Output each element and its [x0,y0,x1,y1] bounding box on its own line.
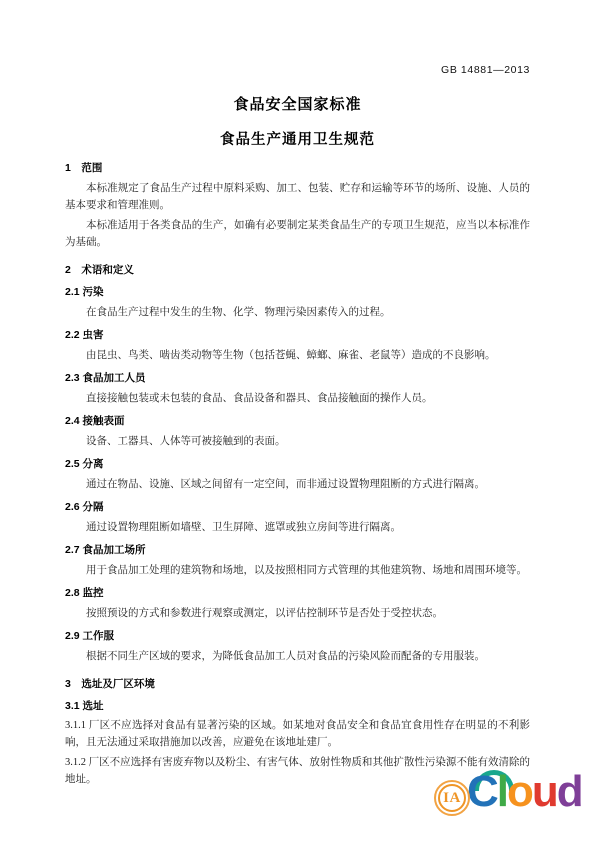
paragraph: 本标准规定了食品生产过程中原料采购、加工、包装、贮存和运输等环节的场所、设施、人… [65,180,530,214]
section-heading: 2.7 食品加工场所 [65,543,530,558]
paragraph: 设备、工器具、人体等可被接触到的表面。 [65,433,530,450]
document-subtitle: 食品生产通用卫生规范 [65,128,530,149]
watermark-letter: d [557,767,582,816]
paragraph: 直接接触包装或未包装的食品、食品设备和器具、食品接触面的操作人员。 [65,390,530,407]
watermark-letter: u [532,767,557,816]
section-heading: 2.8 监控 [65,586,530,601]
paragraph: 通过设置物理阻断如墙壁、卫生屏障、遮罩或独立房间等进行隔离。 [65,519,530,536]
document-blocks: 1 范围本标准规定了食品生产过程中原料采购、加工、包装、贮存和运输等环节的场所、… [65,161,530,788]
section-heading: 2.2 虫害 [65,328,530,343]
document-content: GB 14881—2013 食品安全国家标准 食品生产通用卫生规范 1 范围本标… [65,64,530,791]
section-heading: 2.6 分隔 [65,500,530,515]
section-heading: 3 选址及厂区环境 [65,677,530,692]
paragraph: 用于食品加工处理的建筑物和场地，以及按照相同方式管理的其他建筑物、场地和周围环境… [65,562,530,579]
paragraph: 由昆虫、鸟类、啮齿类动物等生物（包括苍蝇、蟑螂、麻雀、老鼠等）造成的不良影响。 [65,347,530,364]
section-heading: 2 术语和定义 [65,263,530,278]
standard-number: GB 14881—2013 [65,64,530,76]
section-heading: 2.1 污染 [65,285,530,300]
section-heading: 2.4 接触表面 [65,414,530,429]
paragraph: 根据不同生产区域的要求，为降低食品加工人员对食品的污染风险而配备的专用服装。 [65,648,530,665]
document-title: 食品安全国家标准 [65,93,530,114]
paragraph: 3.1.1 厂区不应选择对食品有显著污染的区域。如某地对食品安全和食品宜食用性存… [65,717,530,751]
section-heading: 1 范围 [65,161,530,176]
section-heading: 2.9 工作服 [65,629,530,644]
paragraph: 在食品生产过程中发生的生物、化学、物理污染因素传入的过程。 [65,304,530,321]
section-heading: 3.1 选址 [65,699,530,714]
section-heading: 2.3 食品加工人员 [65,371,530,386]
paragraph: 通过在物品、设施、区域之间留有一定空间，而非通过设置物理阻断的方式进行隔离。 [65,476,530,493]
section-heading: 2.5 分离 [65,457,530,472]
paragraph: 按照预设的方式和参数进行观察或测定，以评估控制环节是否处于受控状态。 [65,605,530,622]
document-page: GB 14881—2013 食品安全国家标准 食品生产通用卫生规范 1 范围本标… [0,0,595,841]
paragraph: 本标准适用于各类食品的生产，如确有必要制定某类食品生产的专项卫生规范，应当以本标… [65,217,530,251]
paragraph: 3.1.2 厂区不应选择有害废弃物以及粉尘、有害气体、放射性物质和其他扩散性污染… [65,754,530,788]
